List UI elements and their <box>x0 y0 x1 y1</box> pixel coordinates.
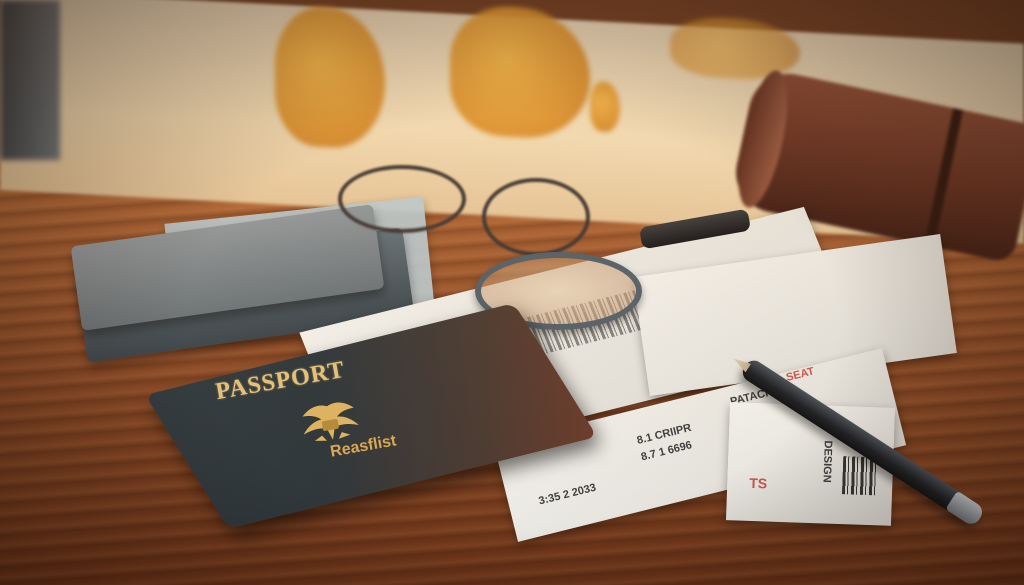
tube-band <box>924 108 963 247</box>
madagascar-shape <box>590 81 620 133</box>
africa-shape <box>450 4 590 141</box>
glasses-right-lens <box>482 178 590 256</box>
ticket-time: 3:35 2 2033 <box>537 482 597 508</box>
glasses-left-lens <box>338 165 466 233</box>
photo-scene: AFPACE IJAX CRIIOT 7A2B 52 3:35 2 2033 8… <box>0 0 1024 585</box>
map-shadow <box>0 0 60 160</box>
south-america-shape <box>275 4 385 150</box>
ticket-code: DESIGN <box>820 440 833 483</box>
ticket-red-code: TS <box>749 475 767 492</box>
